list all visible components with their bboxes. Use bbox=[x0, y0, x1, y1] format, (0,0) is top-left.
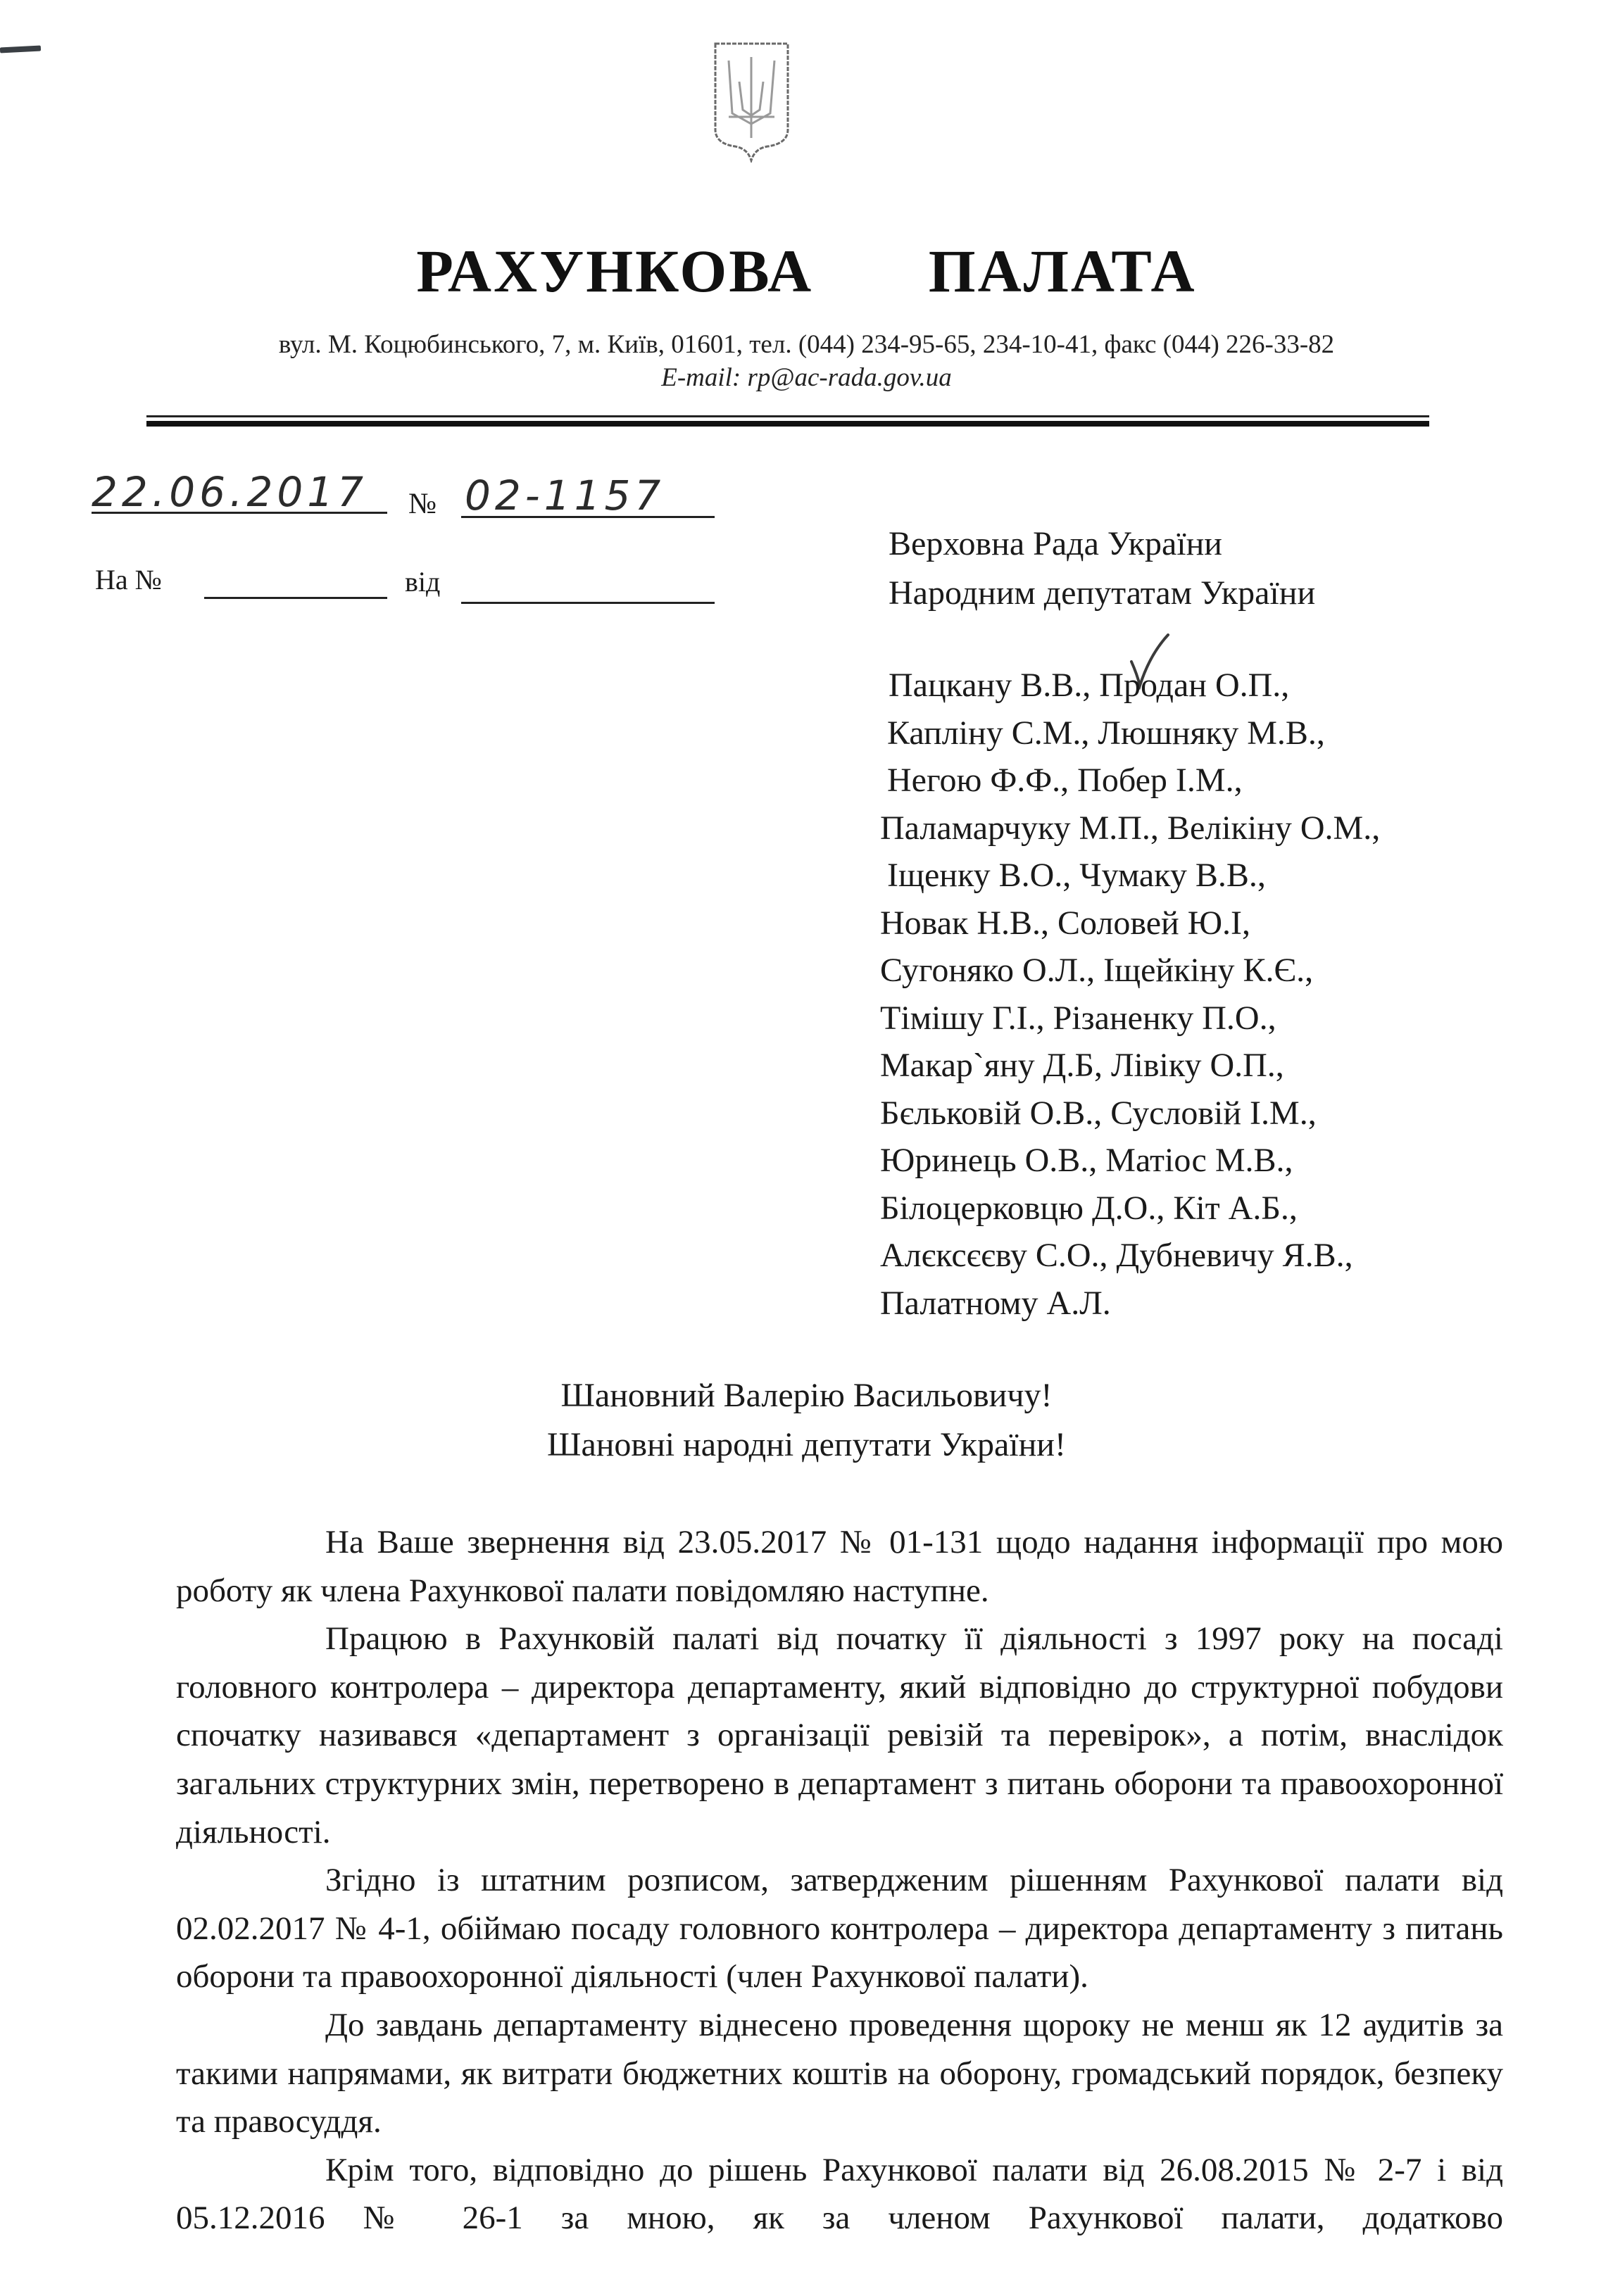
organization-address: вул. М. Коцюбинського, 7, м. Київ, 01601… bbox=[0, 329, 1613, 360]
organization-email: E-mail: rp@ac-rada.gov.ua bbox=[0, 362, 1613, 393]
recipient-name-line: Сугоняко О.Л., Іщейкіну К.Є., bbox=[880, 947, 1380, 995]
reply-from-date-field bbox=[461, 602, 715, 604]
letterhead-divider-thin bbox=[146, 415, 1429, 417]
reply-to-number-field bbox=[204, 597, 387, 599]
number-underline bbox=[461, 516, 715, 518]
greeting-line-2: Шановні народні депутати України! bbox=[0, 1425, 1613, 1464]
recipient-name-line: Новак Н.В., Соловей Ю.І, bbox=[880, 900, 1380, 947]
body-paragraph: Згідно із штатним розписом, затвердженим… bbox=[176, 1856, 1503, 2001]
date-underline bbox=[92, 512, 387, 514]
recipient-name-line: Іщенку В.О., Чумаку В.В., bbox=[880, 852, 1380, 900]
letter-body: На Ваше звернення від 23.05.2017 № 01-13… bbox=[176, 1518, 1503, 2243]
recipient-name-line: Макар`яну Д.Б, Лівіку О.П., bbox=[880, 1042, 1380, 1090]
reply-from-label: від bbox=[405, 565, 440, 598]
letterhead-divider-thick bbox=[146, 421, 1429, 427]
recipient-name-line: Юринець О.В., Матіос М.В., bbox=[880, 1137, 1380, 1185]
coat-of-arms-trident-icon bbox=[711, 39, 792, 163]
greeting-line-1: Шановний Валерію Васильовичу! bbox=[0, 1376, 1613, 1415]
recipient-name-line: Негою Ф.Ф., Побер І.М., bbox=[880, 757, 1380, 805]
recipient-addressee: Народним депутатам України bbox=[889, 574, 1315, 612]
body-paragraph: Працюю в Рахунковій палаті від початку ї… bbox=[176, 1615, 1503, 1856]
recipient-name-line: Бєльковій О.В., Сусловій І.М., bbox=[880, 1090, 1380, 1137]
recipient-name-line: Палатному А.Л. bbox=[880, 1280, 1380, 1327]
number-label: № bbox=[408, 487, 437, 521]
body-paragraph: Крім того, відповідно до рішень Рахунков… bbox=[176, 2146, 1503, 2243]
recipient-name-line: Тімішу Г.І., Різаненку П.О., bbox=[880, 995, 1380, 1042]
recipient-name-line: Пацкану В.В., Продан О.П., bbox=[880, 662, 1380, 709]
recipient-name-line: Білоцерковцю Д.О., Кіт А.Б., bbox=[880, 1185, 1380, 1232]
recipient-name-line: Капліну С.М., Люшняку М.В., bbox=[880, 709, 1380, 757]
outgoing-number: 02-1157 bbox=[465, 472, 665, 519]
body-paragraph: До завдань департаменту віднесено провед… bbox=[176, 2001, 1503, 2146]
outgoing-date: 22.06.2017 bbox=[92, 468, 368, 516]
reply-to-label: На № bbox=[95, 563, 162, 596]
recipient-organization: Верховна Рада України bbox=[889, 524, 1222, 563]
recipient-name-line: Алєксєєву С.О., Дубневичу Я.В., bbox=[880, 1232, 1380, 1280]
recipient-names-list: Пацкану В.В., Продан О.П., Капліну С.М.,… bbox=[880, 662, 1380, 1327]
recipient-name-line: Паламарчуку М.П., Велікіну О.М., bbox=[880, 805, 1380, 852]
scan-artifact-mark bbox=[0, 45, 41, 53]
organization-title: РАХУНКОВА ПАЛАТА bbox=[0, 236, 1613, 306]
body-paragraph: На Ваше звернення від 23.05.2017 № 01-13… bbox=[176, 1518, 1503, 1615]
